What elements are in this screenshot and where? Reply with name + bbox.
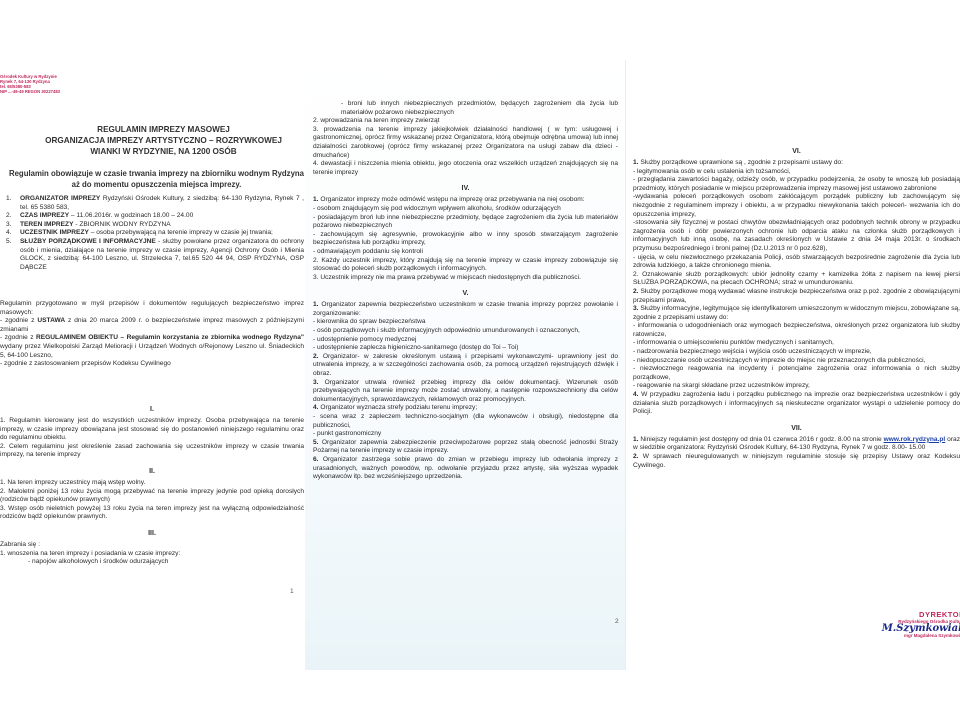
list-item: 2. Służby porządkowe mogą wydawać własne…: [633, 288, 960, 305]
intro-statement: Regulamin obowiązuje w czasie trwania im…: [8, 168, 305, 190]
paragraph: 2. W sprawach nieuregulowanych w niniejs…: [633, 453, 960, 470]
page-number: 1: [290, 588, 294, 595]
definitions-list: 1.ORGANIZATOR IMPREZY Rydzyński Ośrodek …: [6, 195, 304, 272]
item-text: - punkt gastronomiczny: [313, 430, 381, 437]
list-item: 3. Organizator utrwala również przebieg …: [313, 379, 618, 405]
list-item: 6. Organizator zastrzega sobie prawo do …: [313, 456, 618, 482]
item-number: 5.: [6, 238, 14, 272]
item-text: Organizator zapewnia zabezpieczenie prze…: [313, 439, 618, 455]
director-signature-stamp: DYREKTOR Rydzyńskiego Ośrodka Kultury M.…: [875, 610, 960, 638]
item-number: 4.: [6, 229, 14, 238]
list-item: - napojów alkoholowych i środków odurzaj…: [0, 558, 304, 567]
basis-title: REGULAMINEM OBIEKTU – Regulamin korzysta…: [36, 334, 304, 341]
list-item: - zachowującym się agresywnie, prowokacy…: [313, 231, 618, 248]
definition-item: 2.CZAS IMPREZY – 11.06.2016r. w godzinac…: [6, 212, 304, 221]
website-link[interactable]: www.rok.rydzyna.pl: [884, 436, 946, 443]
definition-term: CZAS IMPREZY: [20, 212, 69, 219]
definition-text: TEREN IMPREZY - ZBIORNIK WODNY RYDZYNA: [20, 221, 171, 230]
list-item: - osobom znajdującym się pod widocznym w…: [313, 205, 618, 214]
item-text: -stosowania siły fizycznej w postaci chw…: [633, 219, 960, 252]
definition-item: 5.SŁUŻBY PORZĄDKOWE I INFORMACYJNE - słu…: [6, 238, 304, 272]
document-page-3: VI. 1. Służby porządkowe uprawnione są ,…: [625, 60, 960, 670]
list-item: - odmawiającym poddaniu się kontroli: [313, 248, 618, 257]
definition-item: 3.TEREN IMPREZY - ZBIORNIK WODNY RYDZYNA: [6, 221, 304, 230]
page2-sections: - broni lub innych niebezpiecznych przed…: [313, 100, 618, 482]
definition-text: ORGANIZATOR IMPREZY Rydzyński Ośrodek Ku…: [20, 195, 304, 212]
paragraph: 3. Wstęp osób nieletnich powyżej 13 roku…: [0, 505, 304, 522]
list-item: 2. Każdy uczestnik imprezy, który znajdu…: [313, 257, 618, 274]
section-heading: I.: [0, 406, 304, 413]
list-item: 5. Organizator zapewnia zabezpieczenie p…: [313, 439, 618, 456]
definition-item: 1.ORGANIZATOR IMPREZY Rydzyński Ośrodek …: [6, 195, 304, 212]
paragraph: 2. Małoletni poniżej 13 roku życia mogą …: [0, 488, 304, 505]
list-item: - posiadającym broń lub inne niebezpiecz…: [313, 214, 618, 231]
item-text: Organizator- w zakresie określonym ustaw…: [313, 353, 618, 377]
paragraph: 1. Niniejszy regulamin jest dostępny od …: [633, 436, 960, 453]
section-heading: II.: [0, 468, 304, 475]
list-item: - scena wraz z zapleczem techniczno-socj…: [313, 413, 618, 430]
list-item: 2. Oznakowanie służb porządkowych: ubiór…: [633, 271, 960, 288]
legal-basis-item: - zgodnie z zastosowaniem przepisów Kode…: [0, 360, 304, 369]
list-item: - ujęcia, w celu niezwłocznego przekazan…: [633, 254, 960, 271]
basis-prefix: - zgodnie z: [0, 334, 36, 341]
list-item: - punkt gastronomiczny: [313, 430, 618, 439]
list-item: 4. Organizator wyznacza strefy podziału …: [313, 404, 618, 413]
list-item: - reagowanie na skargi składane przez uc…: [633, 382, 960, 391]
list-item: - niedopuszczanie osób uczestniczących w…: [633, 357, 960, 366]
section-heading: IV.: [313, 185, 618, 192]
section-heading: III.: [0, 530, 304, 537]
definition-term: TEREN IMPREZY: [20, 221, 74, 228]
signature-title: DYREKTOR: [875, 610, 960, 619]
title-line: WIANKI W RYDZYNIE, NA 1200 OSÓB: [22, 146, 305, 157]
item-text: - posiadającym broń lub inne niebezpiecz…: [313, 214, 618, 230]
list-item: - udostępnienie pomocy medycznej: [313, 336, 618, 345]
page3-sections: VI. 1. Służby porządkowe uprawnione są ,…: [633, 140, 960, 470]
page-number: 2: [615, 618, 619, 625]
item-text: - informowania o umiejscowieniu punktów …: [633, 339, 834, 346]
item-number: 1.: [6, 195, 14, 212]
item-text: Organizator wyznacza strefy podziału ter…: [319, 404, 478, 411]
item-number: 2.: [6, 212, 14, 221]
definition-text: SŁUŻBY PORZĄDKOWE I INFORMACYJNE - służb…: [20, 238, 304, 272]
paragraph: 3. prowadzenia na terenie imprezy jakiej…: [313, 126, 618, 160]
list-item: 1. Służby porządkowe uprawnione są , zgo…: [633, 159, 960, 168]
legal-basis: Regulamin przygotowano w myśl przepisów …: [0, 300, 304, 369]
basis-suffix: wydany przez Wielkopolski Zarząd Meliora…: [0, 343, 304, 359]
item-text: - zachowującym się agresywnie, prowokacy…: [313, 231, 618, 247]
list-item: - niezwłocznego reagowania na incydenty …: [633, 365, 960, 382]
item-text: 2. Oznakowanie służb porządkowych: ubiór…: [633, 271, 960, 287]
basis-intro: Regulamin przygotowano w myśl przepisów …: [0, 300, 304, 317]
paragraph: 1. wnoszenia na teren imprezy i posiadan…: [0, 550, 304, 559]
definition-text: UCZESTNIK IMPREZY – osoba przebywającą n…: [20, 229, 273, 238]
item-text: - informowania o udogodnieniach oraz wym…: [633, 322, 960, 338]
title-line: ORGANIZACJA IMPREZY ARTYSTYCZNO – ROZRYW…: [22, 135, 305, 146]
item-text: 2. Każdy uczestnik imprezy, który znajdu…: [313, 257, 618, 273]
basis-title: USTAWA: [37, 317, 65, 324]
section-heading: VII.: [633, 425, 960, 432]
document-page-1: Ośrodek Kultury w Rydzynie Rynek 7, 64-1…: [0, 60, 305, 670]
item-text: - scena wraz z zapleczem techniczno-socj…: [313, 413, 618, 429]
basis-prefix: - zgodnie z zastosowaniem przepisów Kode…: [0, 360, 171, 367]
item-text: - osób porządkowych i służb informacyjny…: [313, 327, 580, 334]
item-text: - ujęcia, w celu niezwłocznego przekazan…: [633, 254, 960, 270]
item-text: Organizator utrwala również przebieg imp…: [313, 379, 618, 403]
definition-item: 4.UCZESTNIK IMPREZY – osoba przebywającą…: [6, 229, 304, 238]
item-text: Służby porządkowe mogą wydawać własne in…: [633, 288, 960, 304]
item-text: - odmawiającym poddaniu się kontroli: [313, 248, 423, 255]
item-text: 3. Uczestnik imprezy nie ma prawa przeby…: [313, 274, 581, 281]
item-text: - niezwłocznego reagowania na incydenty …: [633, 365, 960, 381]
item-text: - udostępnienie pomocy medycznej: [313, 336, 416, 343]
item-text: W przypadku zagrożenia ładu i porządku p…: [633, 391, 960, 415]
paragraph: 2. wprowadzania na teren imprezy zwierzą…: [313, 117, 618, 126]
handwritten-signature: M.Szymkowiak: [875, 624, 960, 633]
definition-text: CZAS IMPREZY – 11.06.2016r. w godzinach …: [20, 212, 193, 221]
list-item: 1. Organizator zapewnia bezpieczeństwo u…: [313, 301, 618, 318]
definition-term: SŁUŻBY PORZĄDKOWE I INFORMACYJNE: [20, 238, 156, 245]
basis-prefix: - zgodnie z: [0, 317, 37, 324]
item-text: -wydawania poleceń porządkowych osobom z…: [633, 193, 960, 217]
list-item: - nadzorowania bezpiecznego wejścia i wy…: [633, 348, 960, 357]
list-item: - legitymowania osób w celu ustalenia ic…: [633, 168, 960, 177]
paragraph: 2. Celem regulaminu jest określenie zasa…: [0, 443, 304, 460]
item-text: - reagowanie na skargi składane przez uc…: [633, 382, 810, 389]
list-item: -stosowania siły fizycznej w postaci chw…: [633, 219, 960, 253]
definition-body: - ZBIORNIK WODNY RYDZYNA: [74, 221, 171, 228]
item-text: - przeglądania zawartości bagaży, odzież…: [633, 176, 960, 192]
paragraph-text: W sprawach nieuregulowanych w niniejszym…: [633, 453, 960, 469]
title-line: REGULAMIN IMPREZY MASOWEJ: [22, 124, 305, 135]
section-heading: V.: [313, 290, 618, 297]
definition-term: UCZESTNIK IMPREZY: [20, 229, 89, 236]
item-text: - udostępnienie zaplecza higieniczno-san…: [313, 344, 518, 351]
item-text: - kierownika do spraw bezpieczeństwa: [313, 318, 426, 325]
item-text: Służby porządkowe uprawnione są , zgodni…: [639, 159, 844, 166]
paragraph: 1. Na teren imprezy uczestnicy mają wstę…: [0, 479, 304, 488]
list-item: 4. W przypadku zagrożenia ładu i porządk…: [633, 391, 960, 417]
list-item: 3. Służby informacyjne, legitymujące się…: [633, 305, 960, 322]
list-item: 2. Organizator- w zakresie określonym us…: [313, 353, 618, 379]
item-text: - osobom znajdującym się pod widocznym w…: [313, 205, 561, 212]
stamp-line: NIP ...-49-49 REGON 30227483: [0, 89, 60, 94]
item-text: - legitymowania osób w celu ustalenia ic…: [633, 168, 791, 175]
definition-term: ORGANIZATOR IMPREZY: [20, 195, 100, 202]
definition-body: – osoba przebywającą na terenie imprezy …: [89, 229, 273, 236]
paragraph: Zabrania się :: [0, 541, 304, 550]
list-item: - udostępnienie zaplecza higieniczno-san…: [313, 344, 618, 353]
list-item: - informowania o udogodnieniach oraz wym…: [633, 322, 960, 339]
list-item: - przeglądania zawartości bagaży, odzież…: [633, 176, 960, 193]
paragraph: 1. Regulamin kierowany jest do wszystkic…: [0, 417, 304, 443]
list-item: - osób porządkowych i służb informacyjny…: [313, 327, 618, 336]
paragraph: 4. dewastacji i niszczenia mienia obiekt…: [313, 160, 618, 177]
legal-basis-item: - zgodnie z REGULAMINEM OBIEKTU – Regula…: [0, 334, 304, 360]
legal-basis-item: - zgodnie z USTAWA z dnia 20 marca 2009 …: [0, 317, 304, 334]
item-text: Organizator zastrzega sobie prawo do zmi…: [313, 456, 618, 480]
list-item: - kierownika do spraw bezpieczeństwa: [313, 318, 618, 327]
list-item: - broni lub innych niebezpiecznych przed…: [313, 100, 618, 117]
list-item: 3. Uczestnik imprezy nie ma prawa przeby…: [313, 274, 618, 283]
list-item: - informowania o umiejscowieniu punktów …: [633, 339, 960, 348]
definition-body: – 11.06.2016r. w godzinach 18.00 – 24.00: [69, 212, 193, 219]
item-number: 3.: [6, 221, 14, 230]
item-text: Organizator imprezy może odmówić wstępu …: [319, 196, 585, 203]
section-heading: VI.: [633, 148, 960, 155]
document-title: REGULAMIN IMPREZY MASOWEJ ORGANIZACJA IM…: [22, 124, 305, 157]
organization-stamp: Ośrodek Kultury w Rydzynie Rynek 7, 64-1…: [0, 74, 60, 94]
item-text: - nadzorowania bezpiecznego wejścia i wy…: [633, 348, 872, 355]
page1-sections: I. 1. Regulamin kierowany jest do wszyst…: [0, 398, 304, 567]
list-item: -wydawania poleceń porządkowych osobom z…: [633, 193, 960, 219]
document-page-2: - broni lub innych niebezpiecznych przed…: [305, 60, 625, 670]
item-text: Służby informacyjne, legitymujące się id…: [633, 305, 960, 321]
list-item: 1. Organizator imprezy może odmówić wstę…: [313, 196, 618, 205]
paragraph-text: Niniejszy regulamin jest dostępny od dni…: [639, 436, 884, 443]
item-text: Organizator zapewnia bezpieczeństwo ucze…: [313, 301, 618, 317]
item-text: - niedopuszczanie osób uczestniczących w…: [633, 357, 925, 364]
